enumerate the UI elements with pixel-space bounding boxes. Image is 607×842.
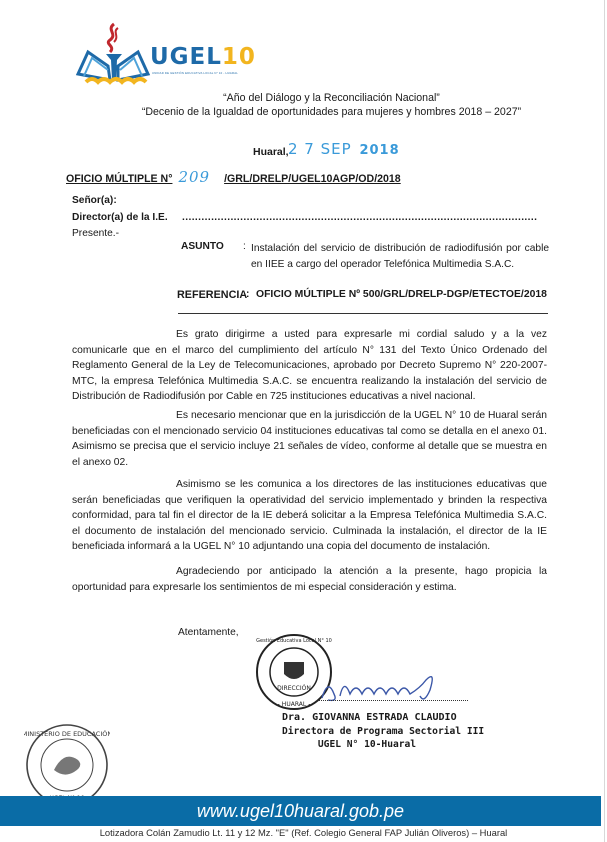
body-paragraph-1-text: Es grato dirigirme a usted para expresar…	[72, 329, 547, 402]
body-paragraph-1: Es grato dirigirme a usted para expresar…	[72, 327, 547, 405]
svg-text:MINISTERIO DE EDUCACIÓN: MINISTERIO DE EDUCACIÓN	[24, 729, 110, 738]
referencia-text: OFICIO MÚLTIPLE Nº 500/GRL/DRELP-DGP/ETE…	[256, 289, 547, 300]
body-paragraph-3-text: Asimismo se les comunica a los directore…	[72, 479, 547, 552]
body-paragraph-3: Asimismo se les comunica a los directore…	[72, 477, 547, 555]
signature-line	[318, 700, 468, 701]
signatory-name: Dra. GIOVANNA ESTRADA CLAUDIO	[282, 712, 457, 723]
footer-website-link[interactable]: www.ugel10huaral.gob.pe	[0, 798, 601, 824]
signatory-unit: UGEL N° 10-Huaral	[282, 739, 452, 750]
svg-text:- HUARAL -: - HUARAL -	[278, 701, 311, 708]
referencia-colon: :	[246, 289, 249, 300]
presente: Presente.-	[72, 228, 119, 239]
motto-line-1: “Año del Diálogo y la Reconciliación Nac…	[28, 92, 607, 104]
oficio-handwritten-number: 209	[178, 168, 210, 186]
logo-word-ugel: UGEL	[150, 44, 222, 70]
oficio-suffix: /GRL/DRELP/UGEL10AGP/OD/2018	[224, 173, 401, 185]
date-stamp: 2 7 SEP 2018	[288, 140, 400, 158]
oficio-prefix: OFICIO MÚLTIPLE N°	[66, 173, 172, 185]
closing-atentamente: Atentamente,	[178, 627, 239, 638]
logo-subtitle: UNIDAD DE GESTIÓN EDUCATIVA LOCAL N° 10 …	[152, 71, 238, 75]
oficio-number-line: OFICIO MÚLTIPLE N°209/GRL/DRELP/UGEL10AG…	[66, 168, 401, 186]
asunto-text: Instalación del servicio de distribución…	[251, 241, 549, 273]
body-paragraph-4: Agradeciendo por anticipado la atención …	[72, 564, 547, 595]
date-stamp-year: 2018	[359, 143, 399, 158]
body-paragraph-4-text: Agradeciendo por anticipado la atención …	[72, 566, 547, 593]
signatory-role: Directora de Programa Sectorial III	[282, 726, 452, 737]
recipient-title: Director(a) de la I.E.	[72, 212, 168, 223]
salutation: Señor(a):	[72, 195, 117, 206]
asunto-label: ASUNTO	[181, 241, 224, 252]
asunto-colon: :	[243, 241, 246, 252]
body-paragraph-2-text: Es necesario mencionar que en la jurisdi…	[72, 410, 547, 468]
body-paragraph-2: Es necesario mencionar que en la jurisdi…	[72, 408, 547, 470]
svg-text:Gestión Educativa Local N° 10: Gestión Educativa Local N° 10	[256, 637, 332, 644]
page-edge	[604, 0, 605, 842]
logo-wordmark: UGEL10	[150, 44, 256, 70]
recipient-blank-dots: ........................................…	[182, 212, 538, 223]
referencia-divider	[178, 313, 548, 314]
footer-address: Lotizadora Colán Zamudio Lt. 11 y 12 Mz.…	[0, 827, 607, 838]
logo-word-number: 10	[222, 44, 256, 70]
svg-text:DIRECCIÓN: DIRECCIÓN	[277, 685, 311, 692]
motto-line-2: “Decenio de la Igualdad de oportunidades…	[28, 106, 607, 118]
signature-icon	[318, 668, 498, 708]
referencia-label: REFERENCIA	[177, 289, 247, 301]
date-place: Huaral,	[253, 146, 289, 158]
date-stamp-day-month: 2 7 SEP	[288, 140, 352, 158]
